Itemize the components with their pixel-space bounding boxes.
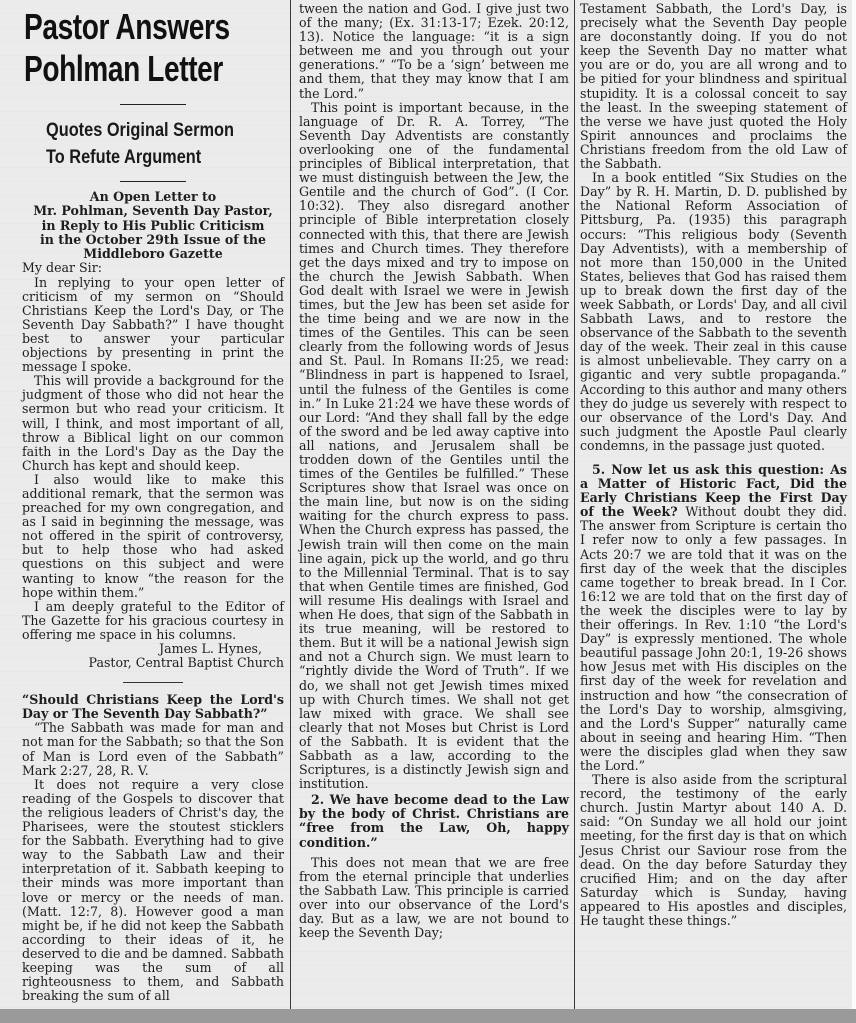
headline: Pastor Answers Pohlman Letter (24, 6, 227, 90)
letter-paragraph: This will provide a background for the j… (22, 374, 284, 473)
column-2: tween the nation and God. I give just tw… (299, 2, 569, 1009)
column-1: Pastor Answers Pohlman Letter Quotes Ori… (22, 0, 284, 1009)
section-heading-2: 2. We have become dead to the Law by the… (299, 793, 569, 849)
letter-paragraph: I am deeply grateful to the Editor of Th… (22, 600, 284, 642)
body-paragraph: Testament Sabbath, the Lord's Day, is pr… (580, 2, 847, 171)
divider (120, 104, 186, 105)
body-paragraph: tween the nation and God. I give just tw… (299, 2, 569, 101)
body-paragraph: This point is important because, in the … (299, 101, 569, 792)
salutation: My dear Sir: (22, 261, 284, 275)
signature-title: Pastor, Central Baptist Church (22, 656, 284, 670)
signature-name: James L. Hynes, (22, 642, 284, 656)
column-rule (290, 0, 291, 1009)
body-paragraph: It does not require a very close reading… (22, 778, 284, 1004)
body-paragraph: “The Sabbath was made for man and not ma… (22, 721, 284, 777)
letter-paragraph: I also would like to make this additiona… (22, 473, 284, 600)
subheadline-line: Quotes Original Sermon (46, 117, 251, 144)
body-paragraph: This does not mean that we are free from… (299, 856, 569, 941)
body-text: Without doubt they did. The answer from … (580, 504, 847, 773)
deck-line: Mr. Pohlman, Seventh Day Pastor, (22, 204, 284, 218)
divider (123, 682, 183, 683)
headline-line: Pohlman Letter (24, 48, 227, 90)
column-3: Testament Sabbath, the Lord's Day, is pr… (580, 2, 847, 1009)
deck-line: Middleboro Gazette (22, 247, 284, 261)
subheadline: Quotes Original Sermon To Refute Argumen… (46, 117, 251, 171)
newspaper-page: Pastor Answers Pohlman Letter Quotes Ori… (0, 0, 856, 1009)
headline-line: Pastor Answers (24, 6, 227, 48)
deck-line: An Open Letter to (22, 190, 284, 204)
divider (120, 181, 186, 182)
deck-line: in the October 29th Issue of the (22, 233, 284, 247)
body-paragraph: In a book entitled “Six Studies on the D… (580, 171, 847, 453)
letter-paragraph: In replying to your open letter of criti… (22, 276, 284, 375)
body-paragraph: There is also aside from the scriptural … (580, 773, 847, 928)
deck: An Open Letter to Mr. Pohlman, Seventh D… (22, 190, 284, 261)
deck-line: in Reply to His Public Criticism (22, 219, 284, 233)
column-rule (574, 0, 575, 1009)
sermon-title: “Should Christians Keep the Lord's Day o… (22, 693, 284, 721)
subheadline-line: To Refute Argument (46, 144, 251, 171)
section-heading-5: 5. Now let us ask this question: As a Ma… (580, 463, 847, 773)
